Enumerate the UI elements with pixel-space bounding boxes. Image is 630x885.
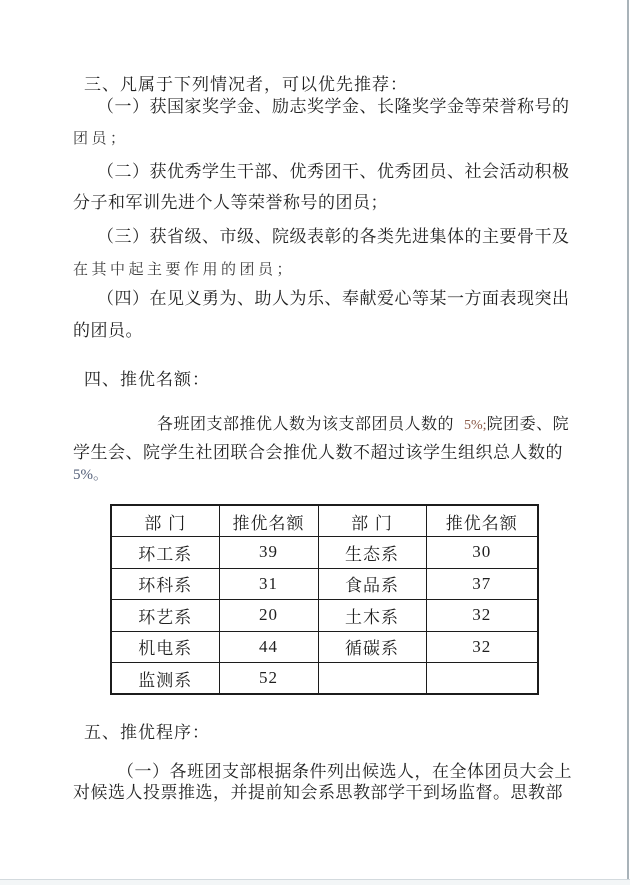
- dept-cell: 土木系: [318, 600, 426, 632]
- dept-cell: 环工系: [111, 537, 219, 569]
- dept-cell: 循碳系: [318, 631, 426, 663]
- section-three-item3-line2: 在其中起主要作用的团员；: [73, 260, 295, 281]
- document-page: 三、凡属于下列情况者，可以优先推荐： （一）获国家奖学金、励志奖学金、长隆奖学金…: [0, 0, 630, 885]
- dept-cell: 监测系: [111, 663, 219, 695]
- quota-cell: 52: [219, 663, 318, 695]
- quota-cell: 37: [426, 568, 538, 600]
- dept-cell: 环艺系: [111, 600, 219, 632]
- quota-cell: 32: [426, 600, 538, 632]
- section-four-para-line1-suffix: 院团委、院: [487, 416, 570, 433]
- table-header-cell: 推优名额: [219, 505, 318, 537]
- section-three-item4-line1: （四）在见义勇为、助人为乐、奉献爱心等某一方面表现突出: [97, 288, 570, 309]
- viewer-right-edge: [627, 0, 629, 885]
- table-row: 机电系 44 循碳系 32: [111, 631, 538, 663]
- dept-cell: 环科系: [111, 568, 219, 600]
- table-row: 环艺系 20 土木系 32: [111, 600, 538, 632]
- section-four-para-line1: 各班团支部推优人数为该支部团员人数的5%;院团委、院: [157, 414, 569, 436]
- section-three-item2-line2: 分子和军训先进个人等荣誉称号的团员；: [73, 192, 388, 213]
- section-five-para-line2: 对候选人投票推选，并提前知会系思教部学干到场监督。思教部: [73, 782, 563, 803]
- section-four-percent-value: 5%;: [464, 418, 487, 433]
- section-three-item2-line1: （二）获优秀学生干部、优秀团干、优秀团员、社会活动积极: [97, 161, 570, 182]
- table-row: 环工系 39 生态系 30: [111, 537, 538, 569]
- section-four-para-line1-text: 各班团支部推优人数为该支部团员人数的: [157, 416, 454, 433]
- dept-cell: 食品系: [318, 568, 426, 600]
- quota-cell: 30: [426, 537, 538, 569]
- table-header-row: 部 门 推优名额 部 门 推优名额: [111, 505, 538, 537]
- quota-cell: 44: [219, 631, 318, 663]
- section-three-item4-line2: 的团员。: [73, 320, 143, 341]
- table-row: 监测系 52: [111, 663, 538, 695]
- table-header-cell: 推优名额: [426, 505, 538, 537]
- dept-cell: 生态系: [318, 537, 426, 569]
- section-four-heading: 四、推优名额：: [84, 369, 210, 390]
- quota-table: 部 门 推优名额 部 门 推优名额 环工系 39 生态系 30 环科系 31 食…: [110, 504, 539, 695]
- section-three-heading: 三、凡属于下列情况者，可以优先推荐：: [84, 74, 408, 95]
- section-five-para-line1: （一）各班团支部根据条件列出候选人，在全体团员大会上: [117, 761, 572, 782]
- section-four-para-line3: 5%。: [73, 465, 108, 486]
- quota-cell: [426, 663, 538, 695]
- section-four-para-line2: 学生会、院学生社团联合会推优人数不超过该学生组织总人数的: [73, 442, 563, 463]
- table-header-cell: 部 门: [111, 505, 219, 537]
- section-five-heading: 五、推优程序：: [84, 722, 210, 743]
- table-row: 环科系 31 食品系 37: [111, 568, 538, 600]
- quota-cell: 39: [219, 537, 318, 569]
- quota-cell: 32: [426, 631, 538, 663]
- viewer-bottom-margin: [0, 880, 630, 885]
- dept-cell: 机电系: [111, 631, 219, 663]
- table-header-cell: 部 门: [318, 505, 426, 537]
- quota-cell: 20: [219, 600, 318, 632]
- quota-cell: 31: [219, 568, 318, 600]
- section-three-item3-line1: （三）获省级、市级、院级表彰的各类先进集体的主要骨干及: [97, 226, 570, 247]
- section-three-item1-line1: （一）获国家奖学金、励志奖学金、长隆奖学金等荣誉称号的: [97, 96, 570, 117]
- dept-cell: [318, 663, 426, 695]
- section-three-item1-line2: 团员；: [73, 129, 129, 150]
